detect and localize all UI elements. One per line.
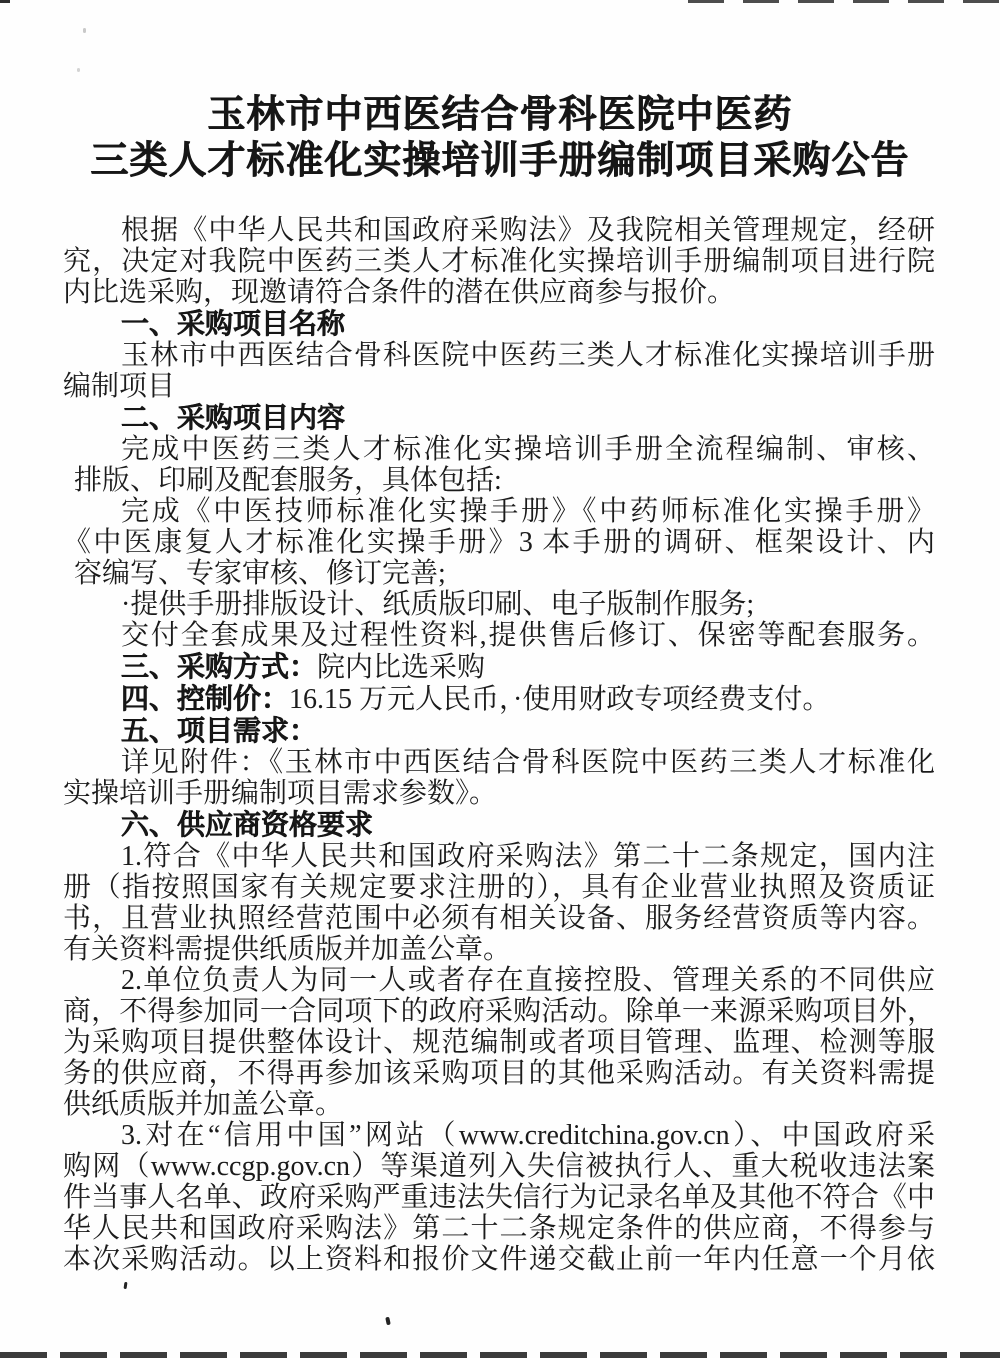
document-line: 购网（www.ccgp.gov.cn）等渠道列入失信被执行人、重大税收违法案 [63, 1151, 935, 1182]
body-text: 务的供应商，不得再参加该采购项目的其他采购活动。有关资料需提 [63, 1058, 935, 1089]
body-text: 完成《中医技师标准化实操手册》《中药师标准化实操手册》 [121, 496, 935, 527]
scan-speck [77, 68, 80, 72]
document-line: 件当事人名单、政府采购严重违法失信行为记录名单及其他不符合《中 [63, 1182, 935, 1213]
document-line: 三、采购方式：院内比选采购 [63, 651, 935, 683]
document-line: 究，决定对我院中医药三类人才标准化实操培训手册编制项目进行院 [63, 246, 935, 277]
scan-speck [124, 1282, 128, 1289]
document-line: 实操培训手册编制项目需求参数》。 [63, 778, 935, 809]
document-line: 内比选采购，现邀请符合条件的潜在供应商参与报价。 [63, 277, 935, 308]
document-line: 1.符合《中华人民共和国政府采购法》第二十二条规定，国内注 [63, 841, 935, 872]
document-line: 完成中医药三类人才标准化实操培训手册全流程编制、审核、 [63, 434, 935, 465]
document-line: 务的供应商，不得再参加该采购项目的其他采购活动。有关资料需提 [63, 1058, 935, 1089]
body-text: 册（指按照国家有关规定要求注册的），具有企业营业执照及资质证 [63, 872, 935, 903]
body-text: 购网（www.ccgp.gov.cn）等渠道列入失信被执行人、重大税收违法案 [63, 1151, 935, 1182]
document-line: 本次采购活动。以上资料和报价文件递交截止前一年内任意一个月依 [63, 1244, 935, 1275]
document-title-line-1: 玉林市中西医结合骨科医院中医药 [0, 92, 1000, 138]
scan-speck [83, 28, 86, 33]
heading-text: 六、供应商资格要求 [121, 809, 373, 840]
document-line: 《中医康复人才标准化实操手册》3 本手册的调研、框架设计、内 [63, 527, 935, 558]
body-text: 编制项目 [63, 371, 175, 402]
document-line: 2.单位负责人为同一人或者存在直接控股、管理关系的不同供应 [63, 965, 935, 996]
body-text: 有关资料需提供纸质版并加盖公章。 [63, 934, 511, 965]
document-line: ·提供手册排版设计、纸质版印刷、电子版制作服务; [63, 589, 935, 620]
body-text: 本次采购活动。以上资料和报价文件递交截止前一年内任意一个月依 [63, 1244, 935, 1275]
document-line: 六、供应商资格要求 [63, 809, 935, 841]
body-text: ·提供手册排版设计、纸质版印刷、电子版制作服务; [121, 589, 754, 620]
body-text: 为采购项目提供整体设计、规范编制或者项目管理、监理、检测等服 [63, 1027, 935, 1058]
heading-text: 一、采购项目名称 [121, 308, 345, 339]
document-line: 册（指按照国家有关规定要求注册的），具有企业营业执照及资质证 [63, 872, 935, 903]
document-line: 交付全套成果及过程性资料,提供售后修订、保密等配套服务。 [63, 620, 935, 651]
document-body: 根据《中华人民共和国政府采购法》及我院相关管理规定，经研究，决定对我院中医药三类… [63, 215, 935, 1275]
body-text: 书，且营业执照经营范围中必须有相关设备、服务经营资质等内容。 [63, 903, 935, 934]
document-line: 玉林市中西医结合骨科医院中医药三类人才标准化实操培训手册 [63, 340, 935, 371]
document-line: 一、采购项目名称 [63, 308, 935, 340]
document-line: 编制项目 [63, 371, 935, 402]
document-line: 容编写、专家审核、修订完善; [63, 558, 935, 589]
body-text: 内比选采购，现邀请符合条件的潜在供应商参与报价。 [63, 277, 735, 308]
document-title: 玉林市中西医结合骨科医院中医药 三类人才标准化实操培训手册编制项目采购公告 [0, 92, 1000, 184]
body-text: 排版、印刷及配套服务，具体包括: [74, 465, 502, 496]
heading-text: 四、控制价： [121, 683, 289, 714]
document-line: 有关资料需提供纸质版并加盖公章。 [63, 934, 935, 965]
body-text: 实操培训手册编制项目需求参数》。 [63, 778, 497, 809]
document-line: 根据《中华人民共和国政府采购法》及我院相关管理规定，经研 [63, 215, 935, 246]
document-line: 五、项目需求： [63, 715, 935, 747]
body-text: 容编写、专家审核、修订完善; [74, 558, 446, 589]
document-title-line-2: 三类人才标准化实操培训手册编制项目采购公告 [0, 138, 1000, 184]
scan-edge-artifact-top-right [688, 0, 1000, 3]
document-line: 3.对在“信用中国”网站（www.creditchina.gov.cn）、中国政… [63, 1120, 935, 1151]
heading-text: 五、项目需求： [121, 715, 317, 746]
body-text: 供纸质版并加盖公章。 [63, 1089, 343, 1120]
document-line: 详见附件：《玉林市中西医结合骨科医院中医药三类人才标准化 [63, 747, 935, 778]
document-line: 完成《中医技师标准化实操手册》《中药师标准化实操手册》 [63, 496, 935, 527]
body-text: 完成中医药三类人才标准化实操培训手册全流程编制、审核、 [121, 434, 935, 465]
body-text: 《中医康复人才标准化实操手册》3 本手册的调研、框架设计、内 [63, 527, 935, 558]
body-text: 商，不得参加同一合同项下的政府采购活动。除单一来源采购项目外， [63, 996, 935, 1027]
body-text: 华人民共和国政府采购法》第二十二条规定条件的供应商，不得参与 [63, 1213, 935, 1244]
document-line: 排版、印刷及配套服务，具体包括: [63, 465, 935, 496]
document-line: 商，不得参加同一合同项下的政府采购活动。除单一来源采购项目外， [63, 996, 935, 1027]
document-line: 二、采购项目内容 [63, 402, 935, 434]
scan-speck [385, 1317, 391, 1326]
body-text: 根据《中华人民共和国政府采购法》及我院相关管理规定，经研 [121, 215, 935, 246]
document-line: 为采购项目提供整体设计、规范编制或者项目管理、监理、检测等服 [63, 1027, 935, 1058]
body-text: 院内比选采购 [317, 652, 485, 683]
document-line: 供纸质版并加盖公章。 [63, 1089, 935, 1120]
body-text: 究，决定对我院中医药三类人才标准化实操培训手册编制项目进行院 [63, 246, 935, 277]
scan-edge-artifact-top-left [0, 0, 10, 3]
document-page: 玉林市中西医结合骨科医院中医药 三类人才标准化实操培训手册编制项目采购公告 根据… [0, 0, 1000, 1358]
document-line: 书，且营业执照经营范围中必须有相关设备、服务经营资质等内容。 [63, 903, 935, 934]
heading-text: 二、采购项目内容 [121, 402, 345, 433]
heading-text: 三、采购方式： [121, 651, 317, 682]
document-line: 四、控制价：16.15 万元人民币，·使用财政专项经费支付。 [63, 683, 935, 715]
scan-edge-artifact-bottom [0, 1352, 1000, 1358]
body-text: 1.符合《中华人民共和国政府采购法》第二十二条规定，国内注 [121, 841, 935, 872]
body-text: 2.单位负责人为同一人或者存在直接控股、管理关系的不同供应 [121, 965, 935, 996]
document-line: 华人民共和国政府采购法》第二十二条规定条件的供应商，不得参与 [63, 1213, 935, 1244]
body-text: 玉林市中西医结合骨科医院中医药三类人才标准化实操培训手册 [121, 340, 935, 371]
body-text: 16.15 万元人民币，·使用财政专项经费支付。 [289, 684, 830, 715]
body-text: 件当事人名单、政府采购严重违法失信行为记录名单及其他不符合《中 [63, 1182, 935, 1213]
body-text: 详见附件：《玉林市中西医结合骨科医院中医药三类人才标准化 [121, 747, 935, 778]
body-text: 交付全套成果及过程性资料,提供售后修订、保密等配套服务。 [121, 620, 935, 651]
body-text: 3.对在“信用中国”网站（www.creditchina.gov.cn）、中国政… [121, 1120, 935, 1151]
